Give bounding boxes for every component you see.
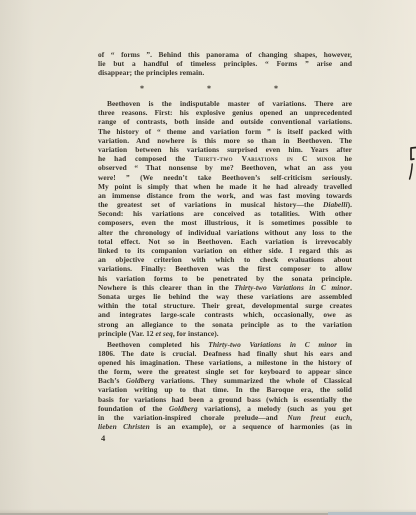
text-line: Second: his variations are conceived as … bbox=[98, 209, 352, 218]
body-text: disappear; the principles remain. bbox=[98, 68, 204, 77]
page-number: 4 bbox=[101, 433, 105, 443]
text-line: Bach’s Goldberg variations. They summari… bbox=[98, 376, 352, 385]
body-text: . bbox=[350, 283, 352, 292]
asterisk-glyph: * bbox=[140, 84, 144, 94]
text-line: were! ” (We needn’t take Beethoven’s sel… bbox=[98, 173, 352, 182]
paragraph-beethoven-completed-1806: Beethoven completed his Thirty-two Varia… bbox=[98, 340, 352, 432]
text-line: of “ forms ”. Behind this panorama of ch… bbox=[98, 50, 352, 59]
text-line: foundation of the Goldberg variations), … bbox=[98, 404, 352, 413]
text-line: lieben Christen is an example), or a seq… bbox=[98, 422, 352, 431]
body-text: total effect. Not so in Beethoven. Each … bbox=[98, 237, 352, 246]
text-line: My point is simply that when he made it … bbox=[98, 182, 352, 191]
body-text: Beethoven completed his bbox=[107, 340, 208, 349]
italic-text: Goldberg bbox=[169, 404, 198, 413]
text-line: The history of “ theme and variation for… bbox=[98, 127, 352, 136]
text-line: Nowhere is this clearer than in the Thir… bbox=[98, 283, 352, 292]
body-text: The history of “ theme and variation for… bbox=[98, 127, 352, 136]
body-text: foundation of the bbox=[98, 404, 169, 413]
body-text: his variation forms to be penetrated by … bbox=[98, 274, 352, 283]
body-text: the greatest set of variations in musica… bbox=[98, 200, 323, 209]
body-text: alter the chronology of individual varia… bbox=[98, 228, 352, 237]
body-text: in the variation-inspired chorale prelud… bbox=[98, 413, 287, 422]
pen-mark-annotation bbox=[403, 143, 416, 183]
italic-text: Diabelli bbox=[323, 200, 348, 209]
scanned-book-page: { "page": { "number": "4", "paper_color"… bbox=[0, 0, 416, 515]
text-line: the form, were the greatest single set f… bbox=[98, 367, 352, 376]
paragraph-beethoven-master-of-variations: Beethoven is the indisputable master of … bbox=[98, 99, 352, 338]
asterisk-glyph: * bbox=[207, 84, 211, 94]
text-line: and integrates large-scale contrasts whi… bbox=[98, 310, 352, 319]
text-line: he had composed the Thirty-two Variation… bbox=[98, 154, 352, 163]
text-line: Beethoven is the indisputable master of … bbox=[98, 99, 352, 108]
body-text: variation. And nowhere is this more so t… bbox=[98, 136, 352, 145]
body-text: strong an allegiance to the sonata princ… bbox=[98, 320, 352, 329]
small-caps-text: Thirty-two Variations in C minor bbox=[194, 154, 336, 163]
text-line: composers, even the most illustrious, it… bbox=[98, 218, 352, 227]
body-text: Second: his variations are conceived as … bbox=[98, 209, 352, 218]
text-line: strong an allegiance to the sonata princ… bbox=[98, 320, 352, 329]
body-text: three reasons. First: his explosive geni… bbox=[98, 108, 352, 117]
body-text: observed “ That nonsense by me? Beethove… bbox=[98, 163, 352, 172]
body-text: , bbox=[350, 413, 352, 422]
paragraph-forms-conclusion: of “ forms ”. Behind this panorama of ch… bbox=[98, 50, 352, 78]
body-text: My point is simply that when he made it … bbox=[98, 182, 352, 191]
text-line: basis for variations had been a ground b… bbox=[98, 395, 352, 404]
italic-text: et seq bbox=[155, 329, 172, 338]
asterisk-glyph: * bbox=[274, 84, 278, 94]
text-line: lie but a handful of timeless principles… bbox=[98, 59, 352, 68]
text-line: principle (Var. 12 et seq, for instance)… bbox=[98, 329, 352, 338]
body-text: variations), a melody (such as you get bbox=[198, 404, 352, 413]
text-line: variation. And nowhere is this more so t… bbox=[98, 136, 352, 145]
body-text: variation writing up to that time. In th… bbox=[98, 385, 352, 394]
text-line: his variation forms to be penetrated by … bbox=[98, 274, 352, 283]
body-text: composers, even the most illustrious, it… bbox=[98, 218, 352, 227]
text-line: within the total structure. Their great,… bbox=[98, 301, 352, 310]
text-line: total effect. Not so in Beethoven. Each … bbox=[98, 237, 352, 246]
text-line: range of contrasts, both inside and outs… bbox=[98, 117, 352, 126]
body-text: variations. They summarized the whole of… bbox=[154, 376, 352, 385]
body-text: variation between his variations surpris… bbox=[98, 145, 352, 154]
body-text: the form, were the greatest single set f… bbox=[98, 367, 352, 376]
body-text: in bbox=[337, 340, 352, 349]
body-text: Beethoven is the indisputable master of … bbox=[107, 99, 352, 108]
text-line: 1806. The date is crucial. Deafness had … bbox=[98, 349, 352, 358]
body-text: linked to its companion variation on eit… bbox=[98, 246, 352, 255]
body-text: Bach’s bbox=[98, 376, 126, 385]
body-text: basis for variations had been a ground b… bbox=[98, 395, 352, 404]
body-text: Nowhere is this clearer than in the bbox=[98, 283, 234, 292]
body-text: an immense distance from the work, and w… bbox=[98, 191, 352, 200]
text-line: an immense distance from the work, and w… bbox=[98, 191, 352, 200]
body-text: within the total structure. Their great,… bbox=[98, 301, 352, 310]
body-text: , for instance). bbox=[173, 329, 219, 338]
text-line: linked to its companion variation on eit… bbox=[98, 246, 352, 255]
scan-left-shading bbox=[0, 0, 34, 515]
text-line: in the variation-inspired chorale prelud… bbox=[98, 413, 352, 422]
body-text: an objective criterion with which to che… bbox=[98, 255, 352, 264]
scan-right-shading bbox=[362, 0, 416, 515]
body-text: range of contrasts, both inside and outs… bbox=[98, 117, 352, 126]
text-line: variations. Finally: Beethoven was the f… bbox=[98, 264, 352, 273]
body-text: lie but a handful of timeless principles… bbox=[98, 59, 352, 68]
body-text: ). bbox=[348, 200, 352, 209]
body-text: variations. Finally: Beethoven was the f… bbox=[98, 264, 352, 273]
text-line: opened his imagination. These variations… bbox=[98, 358, 352, 367]
body-text: principle (Var. 12 bbox=[98, 329, 155, 338]
text-line: Beethoven completed his Thirty-two Varia… bbox=[98, 340, 352, 349]
text-line: an objective criterion with which to che… bbox=[98, 255, 352, 264]
text-line: Sonata urges lie behind the way these va… bbox=[98, 292, 352, 301]
section-separator: *** bbox=[98, 84, 352, 96]
text-line: variation writing up to that time. In th… bbox=[98, 385, 352, 394]
italic-text: lieben Christen bbox=[98, 422, 150, 431]
body-text: Sonata urges lie behind the way these va… bbox=[98, 292, 352, 301]
italic-text: Thirty-two Variations in C minor bbox=[208, 340, 337, 349]
text-line: alter the chronology of individual varia… bbox=[98, 228, 352, 237]
italic-text: Thirty-two Variations in C minor bbox=[234, 283, 350, 292]
italic-text: Goldberg bbox=[126, 376, 155, 385]
body-text: 1806. The date is crucial. Deafness had … bbox=[98, 349, 352, 358]
body-text: he had composed the bbox=[98, 154, 194, 163]
body-text: he bbox=[336, 154, 352, 163]
body-text: of “ forms ”. Behind this panorama of ch… bbox=[98, 50, 352, 59]
body-text: and integrates large-scale contrasts whi… bbox=[98, 310, 352, 319]
text-line: disappear; the principles remain. bbox=[98, 68, 352, 77]
italic-text: Nun freut euch bbox=[287, 413, 350, 422]
text-line: observed “ That nonsense by me? Beethove… bbox=[98, 163, 352, 172]
text-line: variation between his variations surpris… bbox=[98, 145, 352, 154]
body-text: is an example), or a sequence of harmoni… bbox=[150, 422, 352, 431]
text-line: the greatest set of variations in musica… bbox=[98, 200, 352, 209]
text-line: three reasons. First: his explosive geni… bbox=[98, 108, 352, 117]
body-text: opened his imagination. These variations… bbox=[98, 358, 352, 367]
body-text: were! ” (We needn’t take Beethoven’s sel… bbox=[98, 173, 352, 182]
